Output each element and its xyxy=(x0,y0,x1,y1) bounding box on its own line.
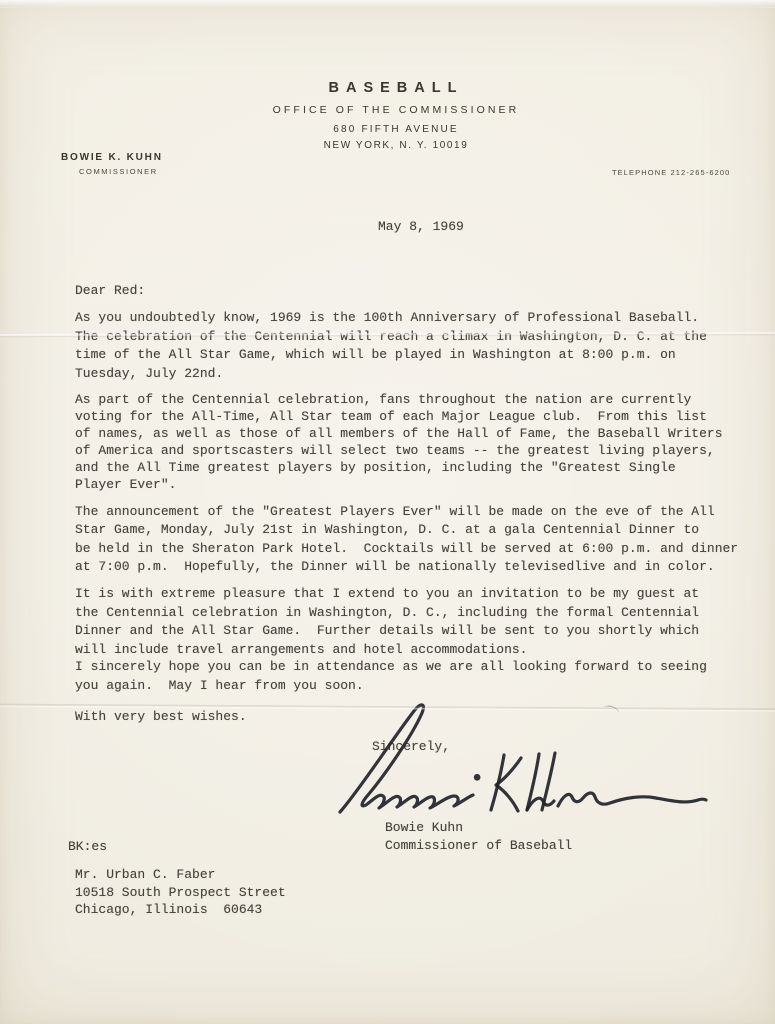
letter-page: BASEBALL OFFICE OF THE COMMISSIONER 680 … xyxy=(0,0,775,1024)
scan-edge xyxy=(0,0,775,8)
valediction: Sincerely, xyxy=(372,738,450,757)
recipient-city: Chicago, Illinois 60643 xyxy=(75,902,262,917)
paragraph-4: It is with extreme pleasure that I exten… xyxy=(75,585,699,659)
letterhead-telephone: TELEPHONE 212-265-6200 xyxy=(612,168,730,177)
paragraph-2: As part of the Centennial celebration, f… xyxy=(75,391,723,493)
letter-date: May 8, 1969 xyxy=(378,218,464,237)
letterhead-official-name: BOWIE K. KUHN xyxy=(61,152,163,163)
stray-pen-mark xyxy=(602,704,620,718)
letter-salutation: Dear Red: xyxy=(75,282,145,301)
recipient-street: 10518 South Prospect Street xyxy=(75,885,286,900)
recipient-name: Mr. Urban C. Faber xyxy=(75,867,215,882)
paragraph-5: I sincerely hope you can be in attendanc… xyxy=(75,658,707,695)
letterhead-address1: 680 FIFTH AVENUE xyxy=(0,124,775,135)
letterhead-org: BASEBALL xyxy=(0,80,775,96)
paragraph-3: The announcement of the "Greatest Player… xyxy=(75,503,738,576)
signer-title: Commissioner of Baseball xyxy=(385,837,572,856)
letterhead-office: OFFICE OF THE COMMISSIONER xyxy=(0,104,775,116)
paragraph-1: As you undoubtedly know, 1969 is the 100… xyxy=(75,309,707,383)
letterhead-official-title: COMMISSIONER xyxy=(79,167,158,176)
reference-initials: BK:es xyxy=(68,838,107,857)
signature-autograph xyxy=(330,696,710,824)
closing-line: With very best wishes. xyxy=(75,708,247,727)
letterhead-address2: NEW YORK, N. Y. 10019 xyxy=(0,140,775,151)
signer-name: Bowie Kuhn xyxy=(385,819,463,838)
recipient-address-block: Mr. Urban C. Faber 10518 South Prospect … xyxy=(75,866,286,919)
